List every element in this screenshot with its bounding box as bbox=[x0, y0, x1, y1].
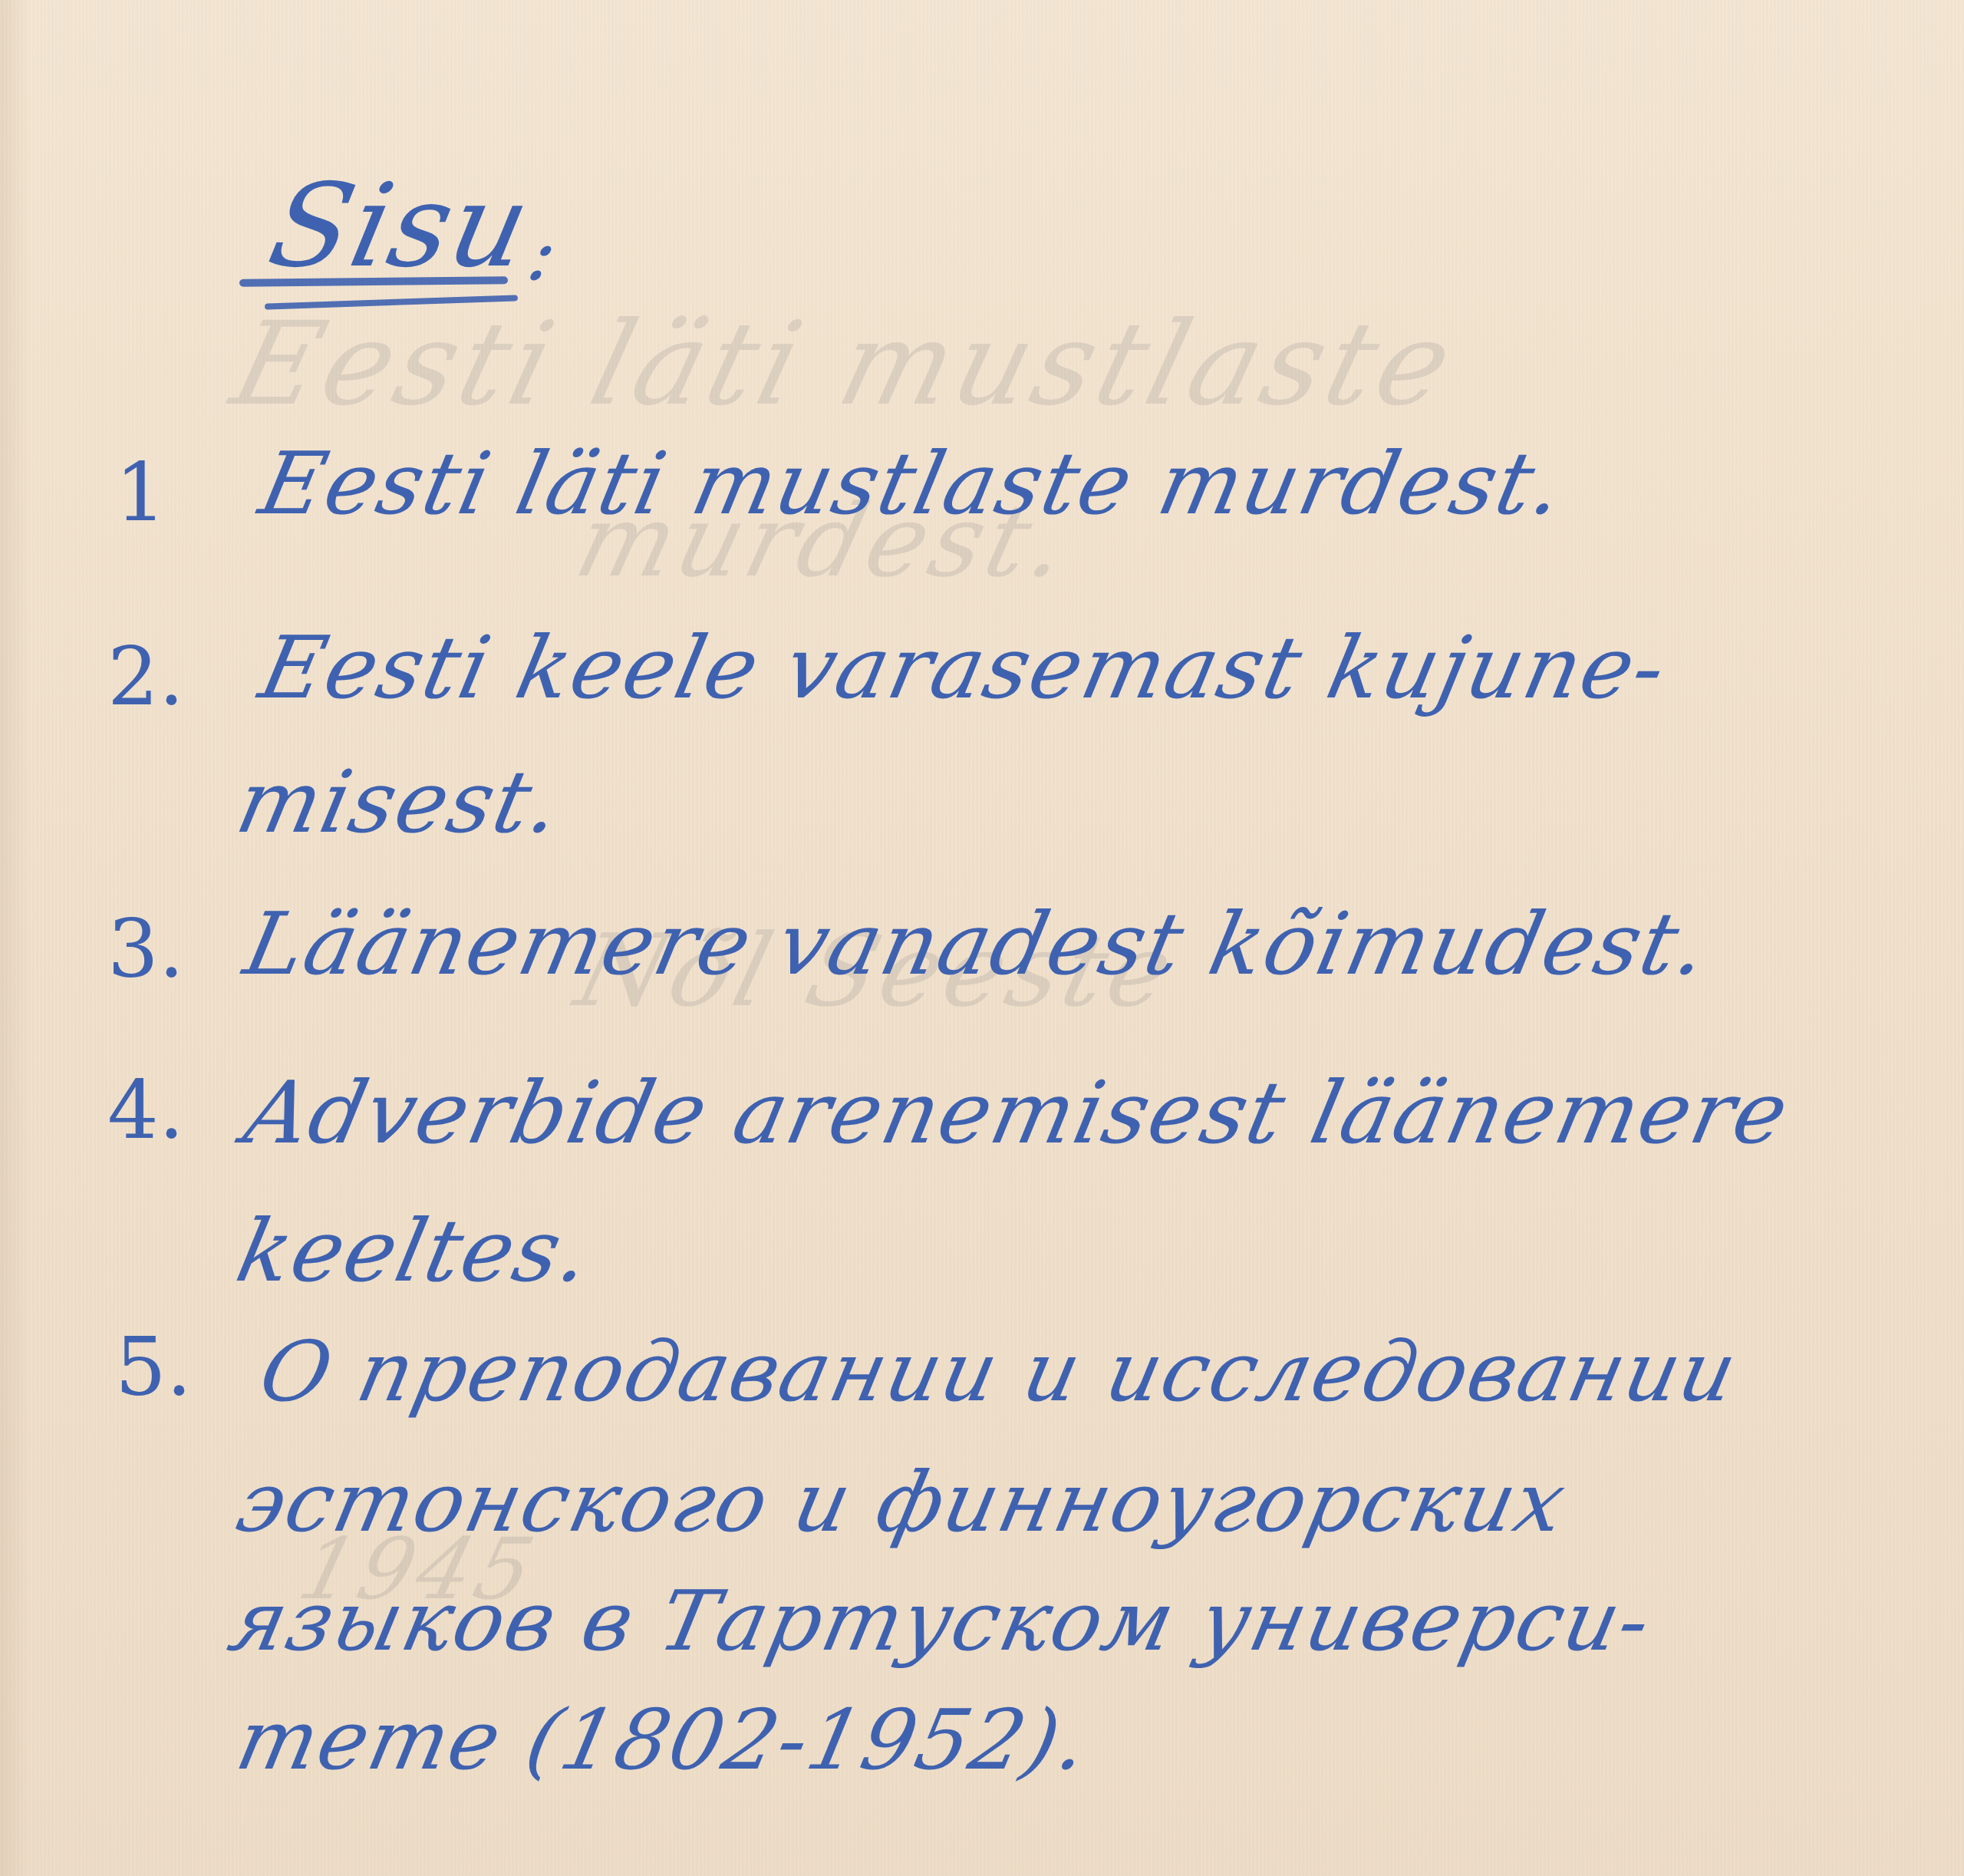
item-5-line-1: О преподавании и исследовании bbox=[253, 1331, 1745, 1414]
heading-colon: : bbox=[522, 215, 565, 292]
item-5-line-2: эстонского и финноугорских bbox=[230, 1462, 1574, 1545]
item-4-line-2: keeltes. bbox=[230, 1208, 598, 1294]
item-2-line-2: misest. bbox=[230, 760, 569, 846]
show-through-line-1: Eesti läti mustlaste bbox=[222, 307, 1466, 422]
item-5-line-3: языков в Тартуском универси- bbox=[222, 1581, 1659, 1663]
item-1-line-1: Eesti läti mustlaste murdest. bbox=[253, 441, 1571, 527]
manuscript-page: Eesti läti mustlaste murdest. Nõl Seeste… bbox=[0, 0, 1964, 1876]
item-3-line-1: Läänemere vanadest kõimudest. bbox=[238, 902, 1716, 987]
item-4-line-1: Adverbide arenemisest läänemere bbox=[238, 1070, 1797, 1156]
page-heading: Sisu bbox=[261, 169, 540, 284]
item-5-number: 5. bbox=[115, 1327, 192, 1408]
item-2-line-1: Eesti keele varasemast kujune- bbox=[253, 625, 1674, 711]
item-3-number: 3. bbox=[107, 909, 184, 990]
item-1-number: 1 bbox=[115, 453, 166, 533]
item-5-line-4: тете (1802-1952). bbox=[230, 1700, 1096, 1782]
item-4-number: 4. bbox=[107, 1070, 184, 1151]
item-2-number: 2. bbox=[107, 637, 184, 717]
